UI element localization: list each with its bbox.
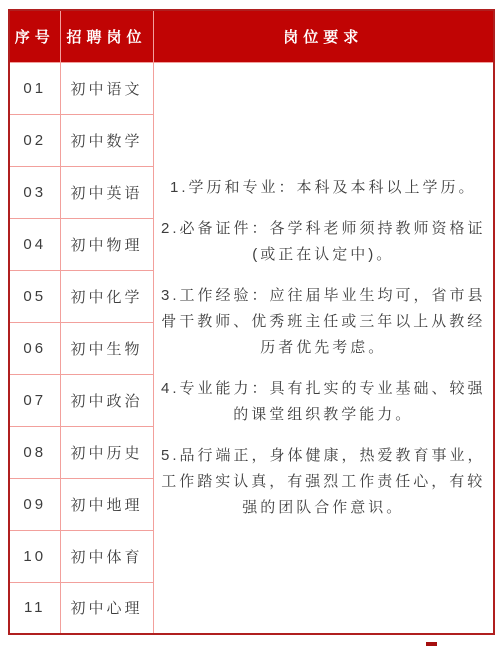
serial-number: 02 bbox=[9, 114, 60, 166]
position-name: 初中英语 bbox=[60, 166, 153, 218]
serial-number: 04 bbox=[9, 218, 60, 270]
cropped-watermark-fragment bbox=[426, 642, 437, 646]
position-name: 初中政治 bbox=[60, 374, 153, 426]
position-name: 初中历史 bbox=[60, 426, 153, 478]
requirement-item-ability: 4.专业能力：具有扎实的专业基础、较强的课堂组织教学能力。 bbox=[160, 376, 488, 428]
position-name: 初中物理 bbox=[60, 218, 153, 270]
table-row: 01 初中语文 1.学历和专业：本科及本科以上学历。 2.必备证件：各学科老师须… bbox=[9, 62, 494, 114]
serial-number: 03 bbox=[9, 166, 60, 218]
serial-number: 06 bbox=[9, 322, 60, 374]
position-name: 初中生物 bbox=[60, 322, 153, 374]
requirement-item-experience: 3.工作经验：应往届毕业生均可，省市县骨干教师、优秀班主任或三年以上从教经历者优… bbox=[160, 283, 488, 361]
requirement-item-education: 1.学历和专业：本科及本科以上学历。 bbox=[160, 175, 488, 201]
serial-number: 09 bbox=[9, 478, 60, 530]
header-position: 招聘岗位 bbox=[60, 10, 153, 62]
serial-number: 01 bbox=[9, 62, 60, 114]
serial-number: 08 bbox=[9, 426, 60, 478]
position-name: 初中数学 bbox=[60, 114, 153, 166]
requirements-cell: 1.学历和专业：本科及本科以上学历。 2.必备证件：各学科老师须持教师资格证(或… bbox=[153, 62, 494, 634]
position-name: 初中心理 bbox=[60, 582, 153, 634]
requirement-item-character: 5.品行端正，身体健康，热爱教育事业，工作踏实认真，有强烈工作责任心，有较强的团… bbox=[160, 443, 488, 521]
position-name: 初中体育 bbox=[60, 530, 153, 582]
serial-number: 10 bbox=[9, 530, 60, 582]
serial-number: 11 bbox=[9, 582, 60, 634]
header-serial-number: 序号 bbox=[9, 10, 60, 62]
position-name: 初中语文 bbox=[60, 62, 153, 114]
recruitment-notice-page: 序号 招聘岗位 岗位要求 01 初中语文 1.学历和专业：本科及本科以上学历。 … bbox=[0, 0, 504, 647]
serial-number: 07 bbox=[9, 374, 60, 426]
requirement-item-certificates: 2.必备证件：各学科老师须持教师资格证(或正在认定中)。 bbox=[160, 216, 488, 268]
serial-number: 05 bbox=[9, 270, 60, 322]
header-requirements: 岗位要求 bbox=[153, 10, 494, 62]
position-name: 初中地理 bbox=[60, 478, 153, 530]
table-header-row: 序号 招聘岗位 岗位要求 bbox=[9, 10, 494, 62]
recruitment-positions-table: 序号 招聘岗位 岗位要求 01 初中语文 1.学历和专业：本科及本科以上学历。 … bbox=[8, 9, 495, 635]
position-name: 初中化学 bbox=[60, 270, 153, 322]
